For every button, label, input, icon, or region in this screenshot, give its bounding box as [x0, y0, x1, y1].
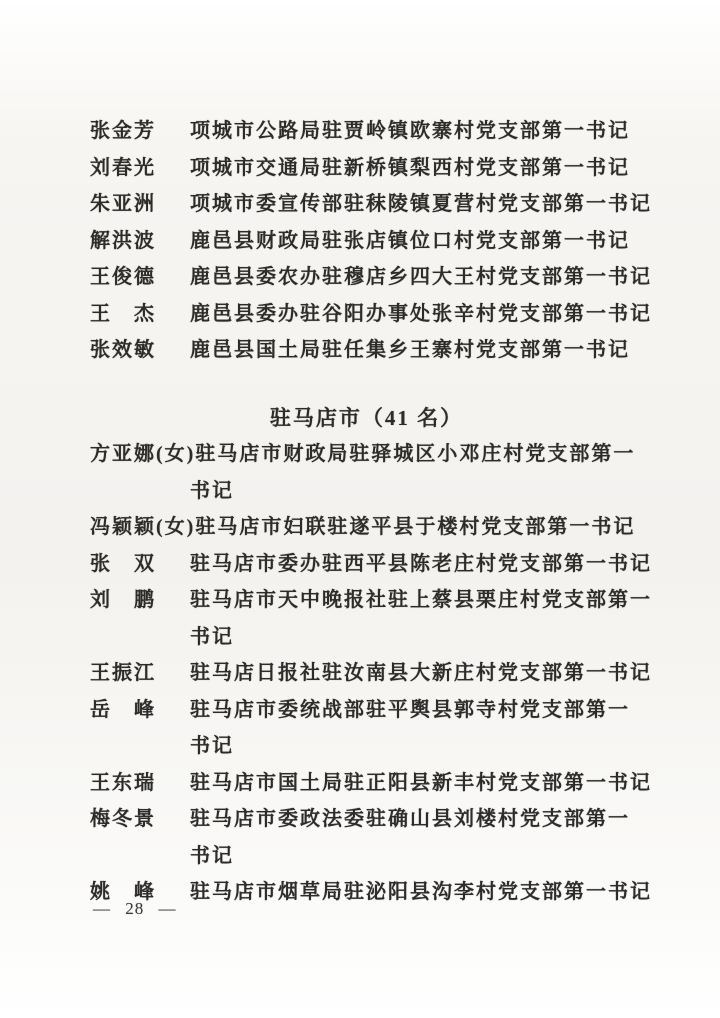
position-text: 驻马店市委办驻西平县陈老庄村党支部第一书记: [190, 553, 652, 575]
person-name: 刘春光: [90, 150, 156, 187]
position-text: 驻马店市财政局驻驿城区小邓庄村党支部第一 书记: [190, 443, 635, 502]
entry-row: 张效敏鹿邑县国土局驻任集乡王寨村党支部第一书记: [90, 332, 675, 369]
person-name: 王俊德: [90, 259, 156, 296]
person-name: 王东瑞: [90, 765, 156, 802]
entry-row: 方亚娜(女)驻马店市财政局驻驿城区小邓庄村党支部第一 书记: [90, 436, 675, 509]
person-name: 岳 峰: [90, 692, 156, 729]
document-page: 张金芳项城市公路局驻贾岭镇欧寨村党支部第一书记刘春光项城市交通局驻新桥镇梨西村党…: [0, 0, 720, 1018]
position-text: 驻马店市烟草局驻泌阳县沟李村党支部第一书记: [190, 881, 652, 903]
person-name: 张 双: [90, 546, 156, 583]
name-list-content: 张金芳项城市公路局驻贾岭镇欧寨村党支部第一书记刘春光项城市交通局驻新桥镇梨西村党…: [90, 113, 675, 911]
person-name: 朱亚洲: [90, 186, 156, 223]
position-text: 项城市公路局驻贾岭镇欧寨村党支部第一书记: [190, 120, 630, 142]
position-text: 项城市委宣传部驻秣陵镇夏营村党支部第一书记: [190, 193, 652, 215]
entry-row: 刘春光项城市交通局驻新桥镇梨西村党支部第一书记: [90, 150, 675, 187]
person-name: 刘 鹏: [90, 582, 156, 619]
entry-row: 张 双驻马店市委办驻西平县陈老庄村党支部第一书记: [90, 546, 675, 583]
page-number: — 28 —: [93, 899, 177, 919]
position-text: 驻马店市国土局驻正阳县新丰村党支部第一书记: [190, 772, 652, 794]
entry-row: 朱亚洲项城市委宣传部驻秣陵镇夏营村党支部第一书记: [90, 186, 675, 223]
section-heading: 驻马店市（41 名）: [74, 400, 659, 437]
person-name: 王 杰: [90, 296, 156, 333]
position-text: 项城市交通局驻新桥镇梨西村党支部第一书记: [190, 157, 630, 179]
entry-row: 张金芳项城市公路局驻贾岭镇欧寨村党支部第一书记: [90, 113, 675, 150]
entry-row: 岳 峰驻马店市委统战部驻平舆县郭寺村党支部第一 书记: [90, 692, 675, 765]
entry-row: 刘 鹏驻马店市天中晚报社驻上蔡县栗庄村党支部第一 书记: [90, 582, 675, 655]
entry-row: 姚 峰驻马店市烟草局驻泌阳县沟李村党支部第一书记: [90, 874, 675, 911]
position-text: 鹿邑县财政局驻张店镇位口村党支部第一书记: [190, 230, 630, 252]
entry-row: 王东瑞驻马店市国土局驻正阳县新丰村党支部第一书记: [90, 765, 675, 802]
position-text: 鹿邑县国土局驻任集乡王寨村党支部第一书记: [190, 339, 630, 361]
position-text: 鹿邑县委办驻谷阳办事处张辛村党支部第一书记: [190, 303, 652, 325]
entry-row: 王振江驻马店日报社驻汝南县大新庄村党支部第一书记: [90, 655, 675, 692]
position-text: 驻马店日报社驻汝南县大新庄村党支部第一书记: [190, 662, 652, 684]
person-name: 张金芳: [90, 113, 156, 150]
person-name: 王振江: [90, 655, 156, 692]
entry-row: 冯颖颖(女)驻马店市妇联驻遂平县于楼村党支部第一书记: [90, 509, 675, 546]
entry-row: 梅冬景驻马店市委政法委驻确山县刘楼村党支部第一 书记: [90, 801, 675, 874]
position-text: 驻马店市委政法委驻确山县刘楼村党支部第一 书记: [190, 808, 630, 867]
person-name: 张效敏: [90, 332, 156, 369]
person-name: 梅冬景: [90, 801, 156, 838]
person-name: 解洪波: [90, 223, 156, 260]
entry-row: 王 杰鹿邑县委办驻谷阳办事处张辛村党支部第一书记: [90, 296, 675, 333]
entry-row: 解洪波鹿邑县财政局驻张店镇位口村党支部第一书记: [90, 223, 675, 260]
gender-suffix: (女): [156, 443, 195, 465]
person-name: 方亚娜: [90, 443, 156, 465]
position-text: 鹿邑县委农办驻穆店乡四大王村党支部第一书记: [190, 266, 652, 288]
position-text: 驻马店市委统战部驻平舆县郭寺村党支部第一 书记: [190, 699, 630, 758]
entry-row: 王俊德鹿邑县委农办驻穆店乡四大王村党支部第一书记: [90, 259, 675, 296]
person-name: 冯颖颖: [90, 516, 156, 538]
position-text: 驻马店市妇联驻遂平县于楼村党支部第一书记: [195, 516, 635, 538]
gender-suffix: (女): [156, 516, 195, 538]
position-text: 驻马店市天中晚报社驻上蔡县栗庄村党支部第一 书记: [190, 589, 652, 648]
